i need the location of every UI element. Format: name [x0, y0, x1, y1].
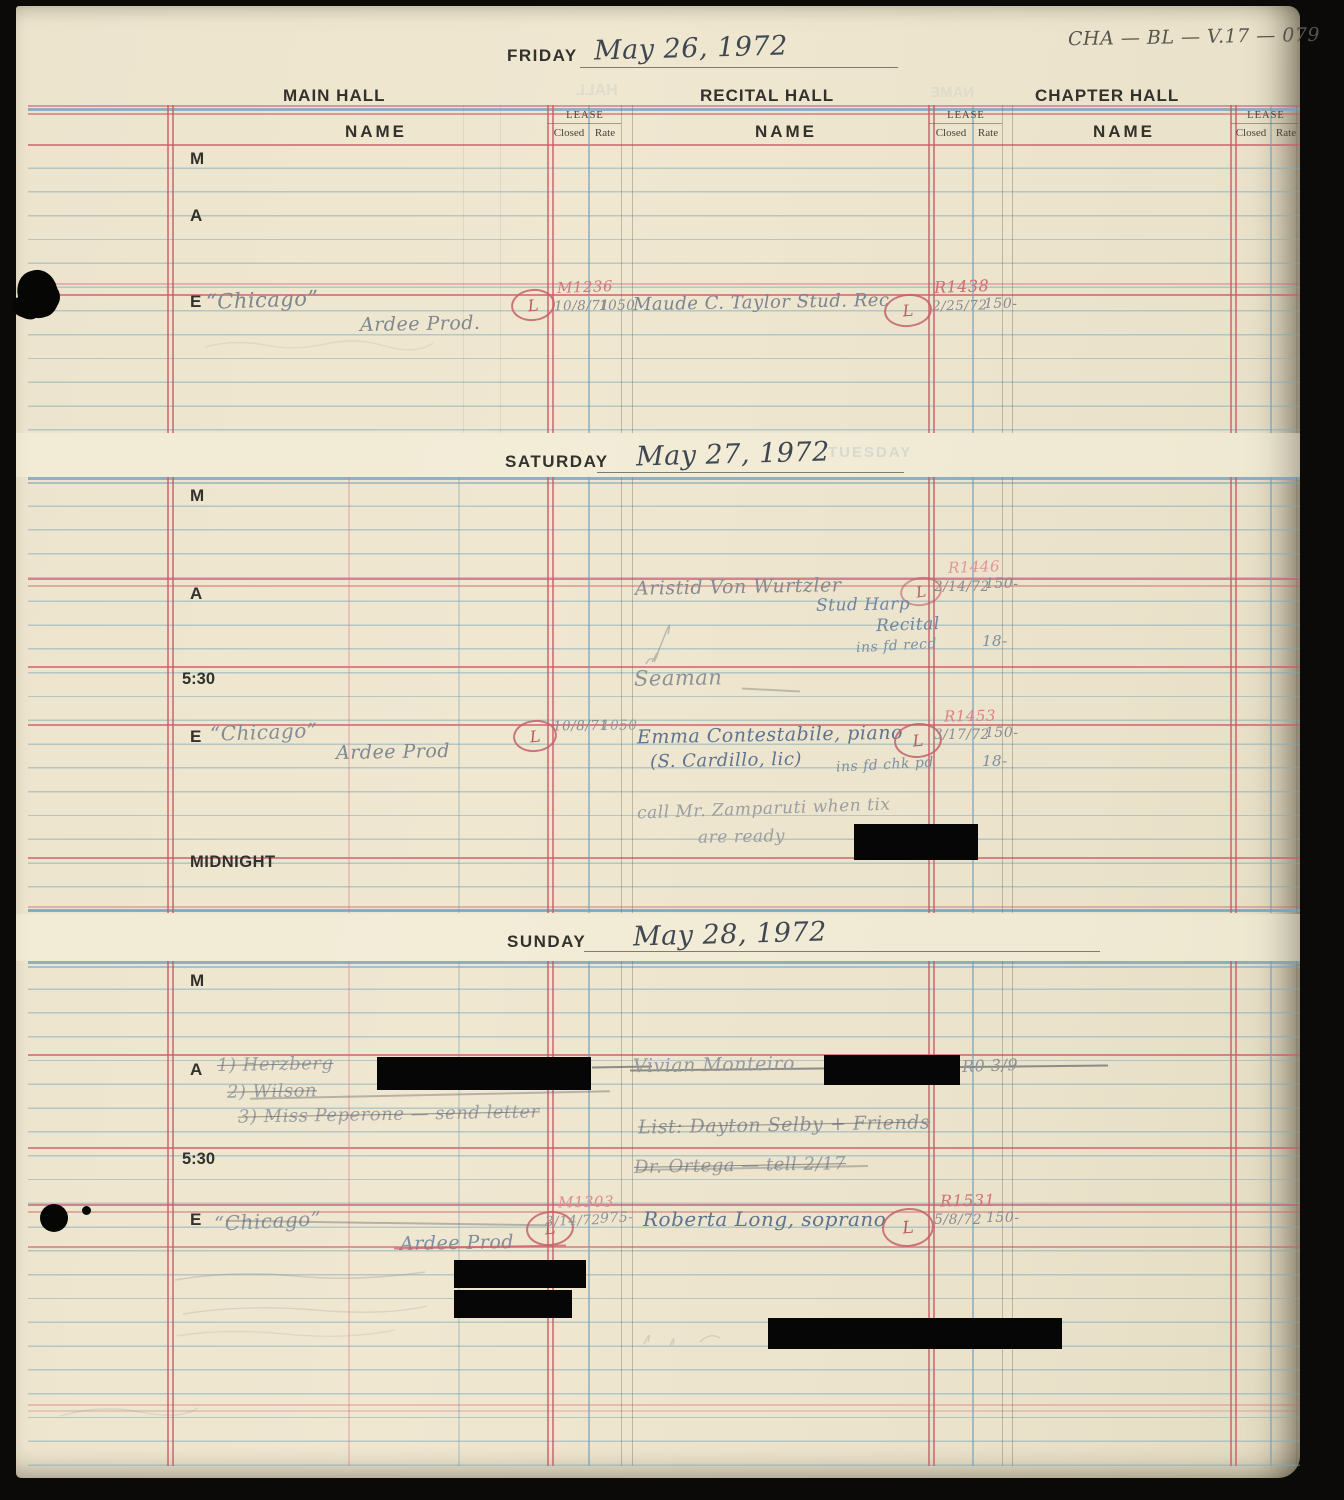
rate-value: 150-: [986, 1210, 1019, 1226]
lease-header: LEASE: [947, 110, 985, 121]
rule-line: [588, 105, 590, 433]
hall-title-chapter: CHAPTER HALL: [1035, 86, 1179, 106]
ruled-lines-saturday: [28, 483, 1300, 913]
day-title-saturday: SATURDAY: [505, 452, 609, 472]
entry-note-amount: 18-: [982, 632, 1008, 650]
redaction-bar: [854, 824, 978, 860]
rule-line: [28, 1204, 1300, 1206]
rule-line: [28, 1246, 1300, 1248]
booking-code: R1453: [944, 707, 996, 726]
rule-line: [28, 1404, 1300, 1406]
rule-line: [500, 105, 501, 433]
rule-line: [1012, 105, 1013, 433]
booking-code: R1438: [934, 276, 990, 297]
rule-line: [28, 108, 1300, 111]
entry-name: Vivian Monteiro: [633, 1053, 795, 1078]
rule-line: [588, 477, 590, 913]
entry-note-amount: 18-: [982, 752, 1008, 770]
rule-line: [172, 105, 174, 433]
redaction-bar: [824, 1055, 960, 1085]
closed-date: 2/14/72: [934, 579, 990, 595]
punch-hole: [40, 1204, 68, 1232]
entry-producer: Ardee Prod: [400, 1231, 514, 1255]
date-handwritten-sunday: May 28, 1972: [633, 916, 828, 952]
entry-name: “Chicago”: [206, 286, 319, 314]
lease-header: LEASE: [566, 110, 604, 121]
rate-value: 150-: [985, 576, 1018, 592]
rate-column-header: Rate: [595, 127, 615, 139]
rule-line: [1270, 961, 1272, 1466]
pencil-smudge: [640, 1322, 770, 1352]
punch-hole-dot: [82, 1206, 91, 1215]
lease-box-line: [929, 123, 1002, 124]
rule-line: [1235, 961, 1237, 1466]
rate-value: 975-: [600, 1209, 634, 1226]
rule-line: [552, 105, 554, 433]
redaction-bar: [454, 1260, 586, 1288]
lease-header: LEASE: [1247, 110, 1285, 121]
rate-column-header: Rate: [1276, 127, 1296, 139]
closed-column-header: Closed: [936, 127, 967, 139]
rule-line: [621, 477, 622, 913]
closed-date: 3/17/72: [934, 727, 990, 743]
redaction-bar: [768, 1318, 1062, 1349]
rule-line: [632, 477, 633, 913]
rule-line: [28, 966, 1300, 968]
entry-name: Roberta Long, soprano: [643, 1207, 886, 1231]
redaction-bar: [377, 1057, 591, 1090]
pencil-smudge: [175, 1262, 435, 1342]
date-rule: [597, 472, 904, 473]
name-column-header: NAME: [345, 122, 407, 142]
rule-line: [1002, 477, 1003, 913]
booking-code: R1531: [940, 1191, 996, 1211]
rule-line: [458, 961, 460, 1466]
rule-line: [1002, 105, 1003, 433]
date-handwritten-friday: May 26, 1972: [594, 30, 789, 66]
rule-line: [547, 477, 549, 913]
hall-title-main: MAIN HALL: [283, 86, 385, 106]
rule-line: [167, 477, 169, 913]
entry-name: Maude C. Taylor Stud. Rec: [633, 290, 890, 315]
rule-line: [1296, 105, 1297, 433]
bleed-through-text: NAME: [930, 84, 974, 101]
date-handwritten-saturday: May 27, 1972: [636, 436, 831, 472]
rule-line: [1230, 477, 1232, 913]
time-label-m: M: [190, 149, 204, 169]
booking-code: M1303: [558, 1193, 614, 1212]
bleed-through-text: TUESDAY: [828, 444, 912, 461]
time-label-m: M: [190, 971, 204, 991]
rule-line: [348, 477, 350, 913]
name-column-header: NAME: [1093, 122, 1155, 142]
rule-line: [28, 909, 1300, 912]
pencil-smudge: [60, 1386, 200, 1430]
lease-box-line: [548, 123, 621, 124]
entry-name: Aristid Von Wurtzler: [635, 574, 842, 600]
redaction-bar: [454, 1290, 572, 1318]
pencil-scribble: [644, 618, 684, 668]
rule-line: [1296, 477, 1297, 913]
entry-agent: (S. Cardillo, lic): [650, 749, 802, 773]
scan-background: CHA — BL — V.17 — 079 TUESDAY HALL NAME …: [0, 0, 1344, 1500]
time-label-e: E: [190, 1210, 201, 1230]
entry-line: 2) Wilson: [227, 1080, 317, 1103]
rate-column-header: Rate: [978, 127, 998, 139]
rule-line: [933, 105, 935, 433]
rule-line: [348, 961, 350, 1466]
time-label-a: A: [190, 206, 202, 226]
time-label-530: 5:30: [182, 1150, 215, 1169]
rule-line: [1230, 105, 1232, 433]
rate-value: 1050: [601, 718, 637, 734]
entry-name: Seaman: [634, 665, 723, 691]
entry-producer: Ardee Prod.: [360, 312, 481, 336]
day-title-friday: FRIDAY: [507, 46, 578, 66]
closed-date: 3/14/72: [545, 1212, 601, 1230]
rule-line: [1270, 477, 1272, 913]
rule-line: [1230, 961, 1232, 1466]
entry-memo: are ready: [698, 826, 785, 848]
closed-column-header: Closed: [1236, 127, 1267, 139]
bleed-through-text: HALL: [575, 82, 618, 100]
rule-line: [547, 105, 549, 433]
rate-value: 150-: [984, 296, 1017, 312]
rule-line: [1012, 477, 1013, 913]
rule-line: [28, 1410, 1300, 1412]
time-label-e: E: [190, 292, 201, 312]
rule-line: [1235, 477, 1237, 913]
rule-line: [28, 477, 1300, 480]
entry-line: 1) Herzberg: [217, 1053, 334, 1076]
rule-line: [167, 105, 169, 433]
entry-note: Recital: [876, 614, 940, 636]
rule-line: [621, 105, 622, 433]
rule-line: [1270, 105, 1272, 433]
rule-line: [458, 477, 460, 913]
date-rule: [584, 951, 1100, 952]
hall-title-recital: RECITAL HALL: [700, 86, 834, 106]
rate-value: 1050: [599, 298, 635, 314]
rule-line: [632, 105, 633, 433]
rule-line: [552, 477, 554, 913]
lease-box-line: [1231, 123, 1298, 124]
time-label-e: E: [190, 727, 201, 747]
booking-code: R1446: [948, 557, 1001, 577]
name-column-header: NAME: [755, 122, 817, 142]
rule-line: [928, 105, 930, 433]
rule-line: [28, 113, 1300, 115]
rule-line: [1235, 105, 1237, 433]
time-label-midnight: MIDNIGHT: [190, 853, 276, 872]
rule-line: [172, 477, 174, 913]
rule-line: [28, 961, 1300, 964]
rate-value: 150-: [985, 725, 1018, 741]
rule-line: [28, 482, 1300, 484]
rule-line: [28, 906, 1300, 908]
archive-code: CHA — BL — V.17 — 079: [1068, 24, 1320, 50]
rule-line: [28, 1147, 1300, 1149]
entry-name: “Chicago”: [210, 718, 318, 746]
date-rule: [580, 67, 898, 68]
closed-column-header: Closed: [554, 127, 585, 139]
entry-producer: Ardee Prod: [336, 740, 450, 764]
rule-line: [1296, 961, 1297, 1466]
time-label-a: A: [190, 1060, 202, 1080]
time-label-530: 5:30: [182, 670, 215, 689]
time-label-a: A: [190, 584, 202, 604]
booking-code: M1236: [557, 277, 614, 297]
closed-date: 5/8/72: [934, 1212, 982, 1228]
rule-line: [28, 144, 1300, 146]
time-label-m: M: [190, 486, 204, 506]
rule-line: [28, 283, 1300, 285]
entry-note: Stud Harp: [816, 594, 911, 616]
pencil-smudge: [205, 335, 435, 357]
entry-name: Emma Contestabile, piano: [637, 722, 903, 749]
rule-line: [463, 105, 464, 433]
day-title-sunday: SUNDAY: [507, 932, 586, 952]
closed-date: 2/25/72: [932, 298, 988, 315]
rule-line: [972, 105, 974, 433]
entry-ref: R0 3/9: [962, 1055, 1019, 1076]
